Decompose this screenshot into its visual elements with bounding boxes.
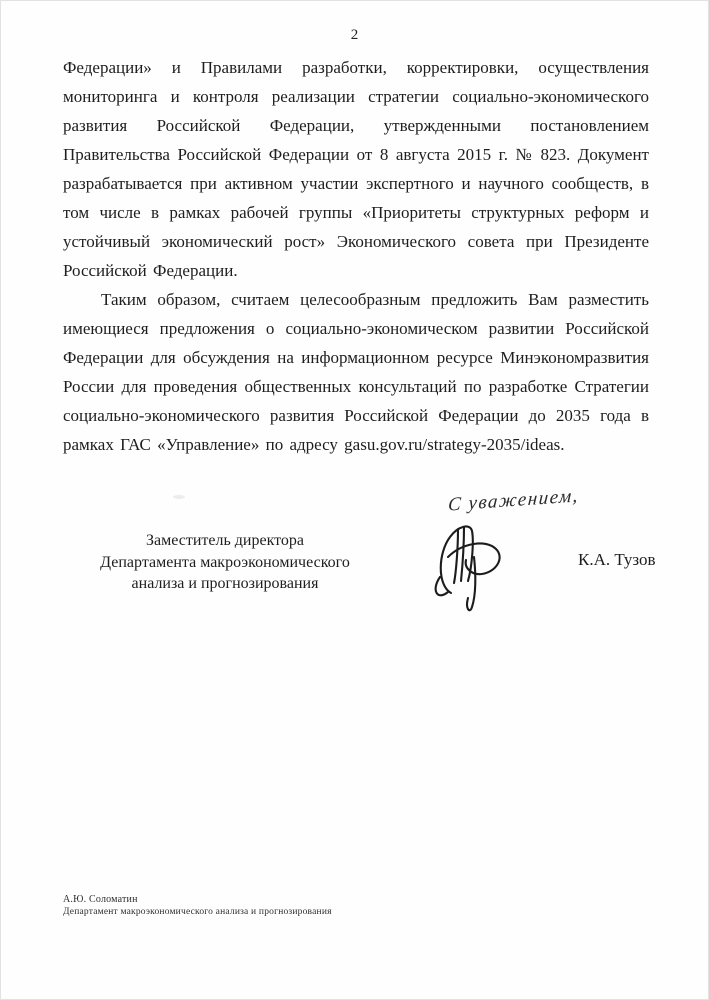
signer-name: К.А. Тузов: [578, 550, 656, 570]
signature-handwriting-icon: [427, 517, 523, 617]
executor-name: А.Ю. Соломатин: [63, 893, 332, 906]
signer-position-line-1: Заместитель директора: [69, 530, 381, 552]
body-paragraph-2: Таким образом, считаем целесообразным пр…: [63, 285, 649, 459]
scanned-letter-page: 2 Федерации» и Правилами разработки, кор…: [0, 0, 709, 1000]
handwritten-salutation: С уважением,: [447, 485, 579, 516]
letter-body: Федерации» и Правилами разработки, корре…: [63, 53, 649, 459]
executor-department: Департамент макроэкономического анализа …: [63, 906, 332, 919]
page-number: 2: [1, 27, 708, 44]
signer-position-line-3: анализа и прогнозирования: [69, 573, 381, 595]
body-paragraph-1: Федерации» и Правилами разработки, корре…: [63, 53, 649, 285]
signer-position-block: Заместитель директора Департамента макро…: [69, 530, 381, 595]
executor-footer: А.Ю. Соломатин Департамент макроэкономич…: [63, 893, 332, 919]
scan-artifact: [173, 495, 185, 499]
signer-position-line-2: Департамента макроэкономического: [69, 552, 381, 574]
